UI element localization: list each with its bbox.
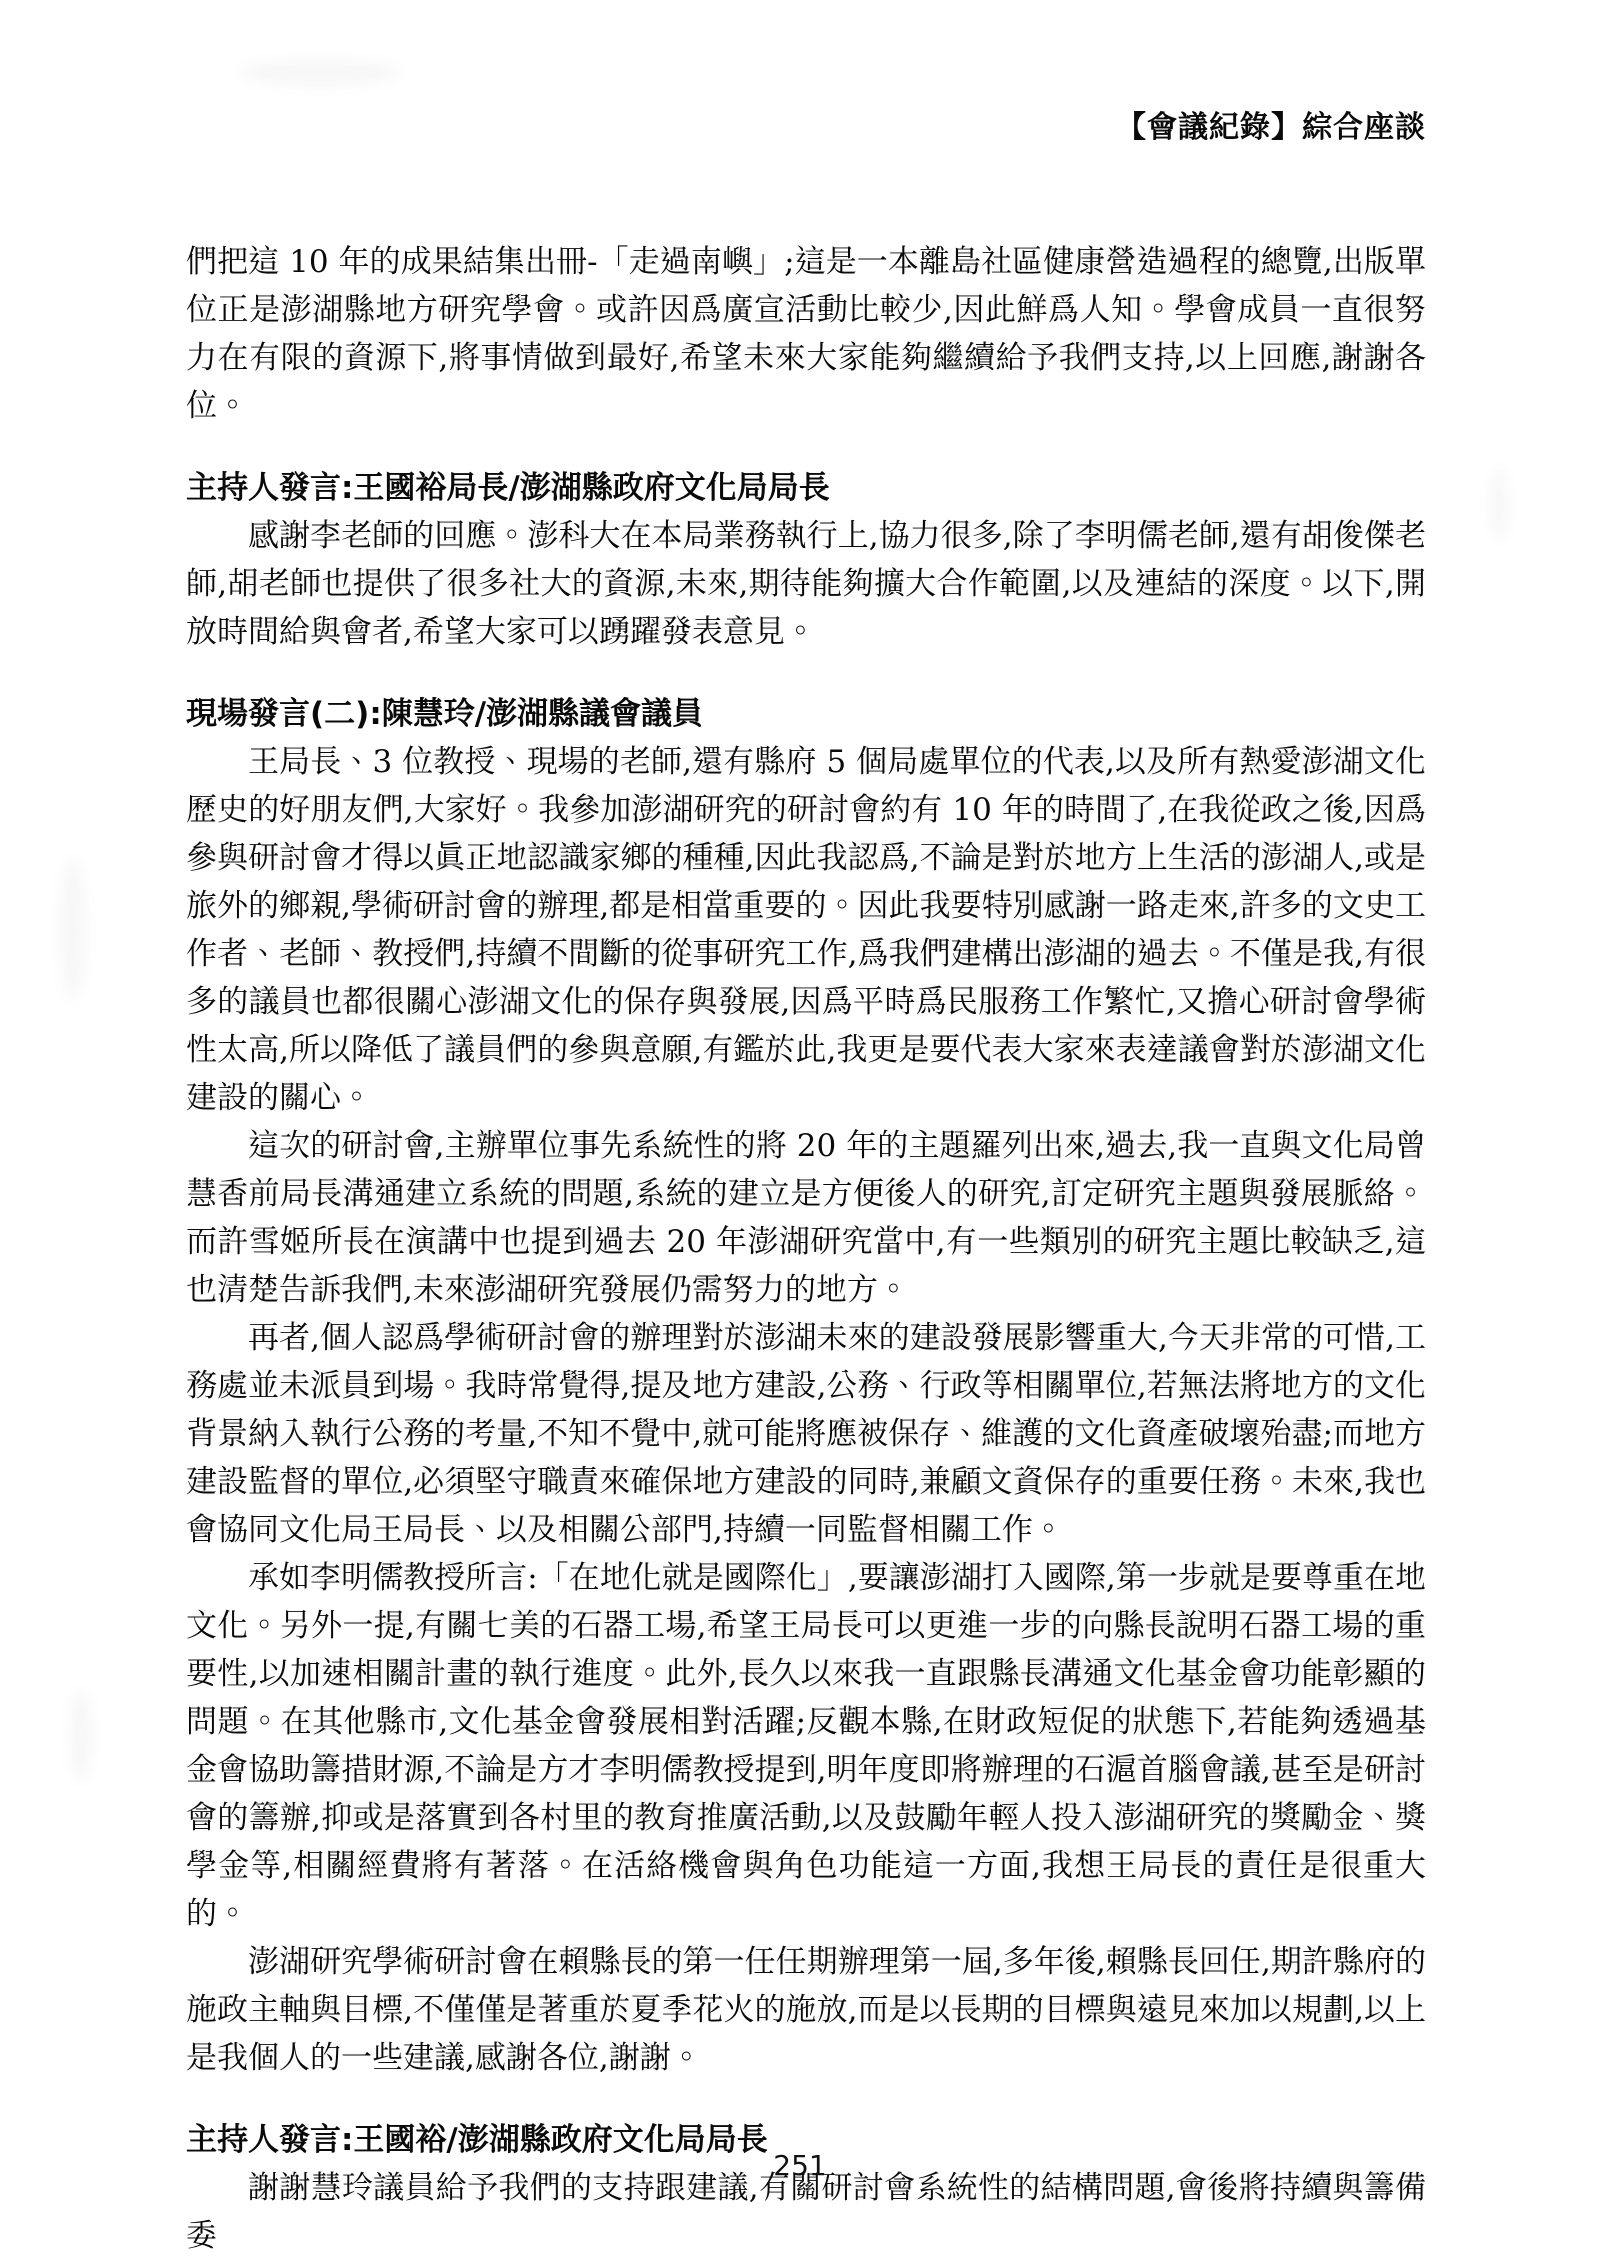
scan-artifact xyxy=(60,860,86,1000)
page-number: 251 xyxy=(0,2146,1600,2186)
paragraph-moderator-response: 感謝李老師的回應。澎科大在本局業務執行上,協力很多,除了李明儒老師,還有胡俊傑老… xyxy=(186,512,1426,656)
paragraph-chen-conference-system: 這次的研討會,主辦單位事先系統性的將 20 年的主題羅列出來,過去,我一直與文化… xyxy=(186,1122,1426,1314)
document-page: 【會議紀錄】綜合座談 們把這 10 年的成果結集出冊-「走過南嶼」;這是一本離島… xyxy=(0,0,1600,2263)
content-column: 【會議紀錄】綜合座談 們把這 10 年的成果結集出冊-「走過南嶼」;這是一本離島… xyxy=(186,0,1426,2260)
body-text: 們把這 10 年的成果結集出冊-「走過南嶼」;這是一本離島社區健康營造過程的總覽… xyxy=(186,238,1426,2260)
page-header-category-label: 【會議紀錄】綜合座談 xyxy=(186,0,1426,148)
paragraph-chen-greeting-and-thanks: 王局長、3 位教授、現場的老師,還有縣府 5 個局處單位的代表,以及所有熱愛澎湖… xyxy=(186,738,1426,1122)
speaker-heading-floor-chen-huiling: 現場發言(二):陳慧玲/澎湖縣議會議員 xyxy=(186,690,1426,738)
speaker-heading-moderator-wang-guoyu-1: 主持人發言:王國裕局長/澎湖縣政府文化局局長 xyxy=(186,464,1426,512)
paragraph-chen-public-works-concern: 再者,個人認爲學術研討會的辦理對於澎湖未來的建設發展影響重大,今天非常的可惜,工… xyxy=(186,1314,1426,1554)
scan-artifact xyxy=(70,1690,92,1780)
paragraph-chen-localization-and-funding: 承如李明儒教授所言:「在地化就是國際化」,要讓澎湖打入國際,第一步就是要尊重在地… xyxy=(186,1554,1426,1938)
paragraph-chen-closing-suggestions: 澎湖研究學術研討會在賴縣長的第一任任期辦理第一屆,多年後,賴縣長回任,期許縣府的… xyxy=(186,1938,1426,2082)
scan-artifact xyxy=(1490,470,1508,540)
paragraph-continuation-community-health-book: 們把這 10 年的成果結集出冊-「走過南嶼」;這是一本離島社區健康營造過程的總覽… xyxy=(186,238,1426,430)
